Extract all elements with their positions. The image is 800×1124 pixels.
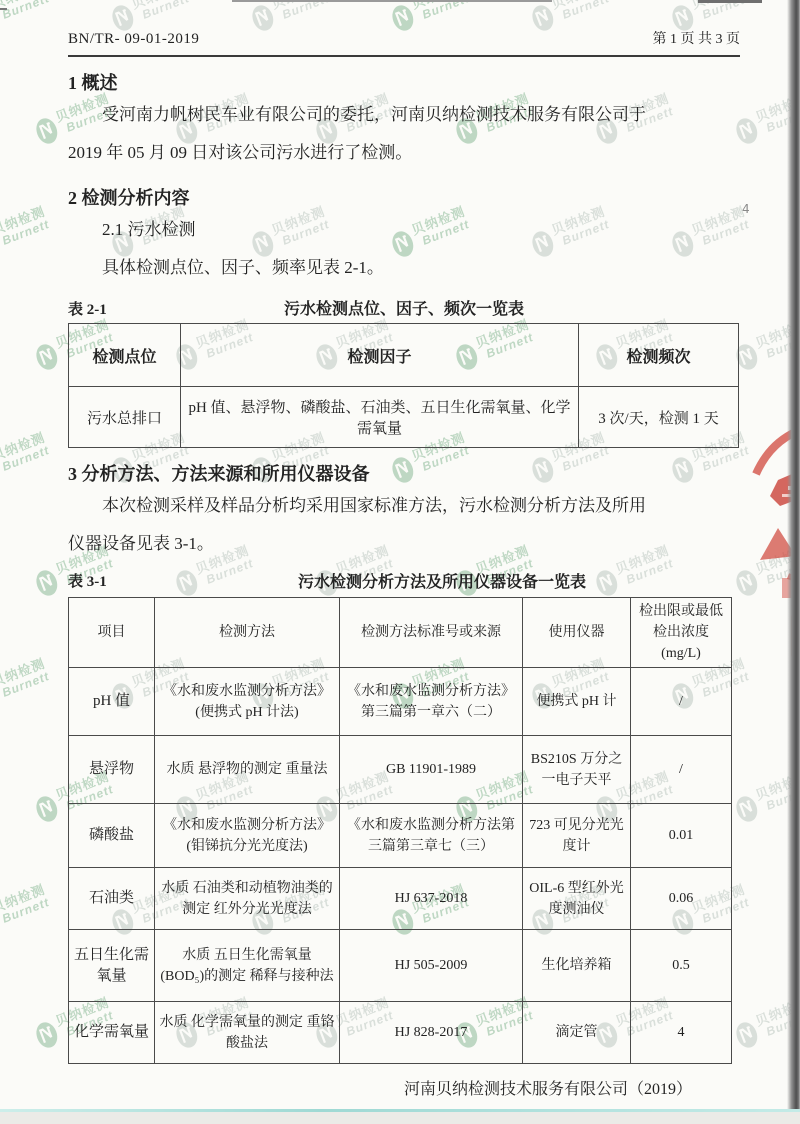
watermark-en-text: Burnett bbox=[0, 218, 51, 247]
t3-cell-method: 水质 五日生化需氧量 (BOD₅)的测定 稀释与接种法 bbox=[155, 930, 340, 1002]
t3-header-item: 项目 bbox=[69, 598, 155, 668]
t3-cell-item: 五日生化需氧量 bbox=[69, 930, 155, 1002]
burnett-logo-icon bbox=[32, 341, 61, 374]
t2-header-point: 检测点位 bbox=[69, 324, 181, 387]
t3-cell-instrument: 便携式 pH 计 bbox=[523, 668, 631, 736]
watermark-cn-text: 贝纳检测 bbox=[0, 205, 47, 237]
t3-cell-standard: 《水和废水监测分析方法第三篇第三章七（三） bbox=[340, 804, 523, 868]
brand-watermark: 贝纳检测Burnett bbox=[0, 205, 53, 261]
section3-paragraph-line2: 仪器设备见表 3-1。 bbox=[68, 525, 740, 563]
t3-cell-method: 《水和废水监测分析方法》 (便携式 pH 计法) bbox=[155, 668, 340, 736]
scan-edge-top bbox=[698, 0, 762, 3]
table-2-1: 检测点位 检测因子 检测频次 污水总排口 pH 值、悬浮物、磷酸盐、石油类、五日… bbox=[68, 323, 739, 448]
table3-1-title: 污水检测分析方法及所用仪器设备一览表 bbox=[188, 572, 731, 593]
table-row: 五日生化需氧量 水质 五日生化需氧量 (BOD₅)的测定 稀释与接种法 HJ 5… bbox=[69, 930, 732, 1002]
t3-cell-limit: / bbox=[631, 668, 732, 736]
section3-paragraph-line1: 本次检测采样及样品分析均采用国家标准方法，污水检测分析方法及所用 bbox=[68, 487, 740, 525]
t2-header-factor: 检测因子 bbox=[181, 324, 579, 387]
watermark-en-text: Burnett bbox=[0, 670, 51, 699]
table2-1-caption: 表 2-1 污水检测点位、因子、频次一览表 bbox=[68, 296, 740, 319]
table-row: 检测点位 检测因子 检测频次 bbox=[69, 324, 739, 387]
burnett-logo-icon bbox=[32, 115, 61, 148]
t3-header-standard: 检测方法标准号或来源 bbox=[340, 598, 523, 668]
scan-edge-bottom bbox=[0, 1112, 800, 1124]
scan-edge-top bbox=[232, 0, 552, 2]
t3-cell-item: 悬浮物 bbox=[69, 736, 155, 804]
t3-cell-standard: HJ 505-2009 bbox=[340, 930, 523, 1002]
t2-cell-frequency: 3 次/天，检测 1 天 bbox=[579, 387, 739, 448]
table-row: 磷酸盐 《水和废水监测分析方法》 (钼锑抗分光光度法) 《水和废水监测分析方法第… bbox=[69, 804, 732, 868]
t3-cell-method: 《水和废水监测分析方法》 (钼锑抗分光光度法) bbox=[155, 804, 340, 868]
table3-1-caption: 表 3-1 污水检测分析方法及所用仪器设备一览表 bbox=[68, 572, 731, 593]
watermark-en-text: Burnett bbox=[140, 0, 191, 21]
watermark-en-text: Burnett bbox=[0, 444, 51, 473]
watermark-cn-text: 贝纳检测 bbox=[0, 431, 47, 463]
burnett-logo-icon bbox=[32, 1019, 61, 1052]
section2-subheading: 2.1 污水检测 bbox=[68, 211, 740, 249]
section2-heading: 2 检测分析内容 bbox=[68, 185, 740, 211]
t3-cell-item: 磷酸盐 bbox=[69, 804, 155, 868]
scan-edge-left-tick bbox=[0, 8, 7, 10]
t3-cell-method: 水质 石油类和动植物油类的测定 红外分光光度法 bbox=[155, 868, 340, 930]
t3-cell-instrument: OIL-6 型红外光度测油仪 bbox=[523, 868, 631, 930]
table-3-1: 项目 检测方法 检测方法标准号或来源 使用仪器 检出限或最低 检出浓度 (mg/… bbox=[68, 597, 732, 1064]
scan-edge-right bbox=[787, 0, 800, 1124]
watermark-en-text: Burnett bbox=[280, 0, 331, 21]
t3-cell-limit: 0.5 bbox=[631, 930, 732, 1002]
t3-cell-method: 水质 悬浮物的测定 重量法 bbox=[155, 736, 340, 804]
t3-header-method: 检测方法 bbox=[155, 598, 340, 668]
t3-cell-method: 水质 化学需氧量的测定 重铬酸盐法 bbox=[155, 1002, 340, 1064]
section1-paragraph-line1: 受河南力帆树民车业有限公司的委托，河南贝纳检测技术服务有限公司于 bbox=[68, 96, 740, 134]
table2-1-title: 污水检测点位、因子、频次一览表 bbox=[188, 296, 620, 319]
section1-heading: 1 概述 bbox=[68, 70, 740, 96]
table3-1-label: 表 3-1 bbox=[68, 572, 188, 593]
watermark-en-text: Burnett bbox=[700, 0, 751, 21]
brand-watermark: 贝纳检测Burnett bbox=[0, 883, 53, 939]
t3-cell-limit: / bbox=[631, 736, 732, 804]
page-number: 第 1 页 共 3 页 bbox=[653, 28, 741, 48]
t3-cell-instrument: 生化培养箱 bbox=[523, 930, 631, 1002]
report-code: BN/TR- 09-01-2019 bbox=[68, 31, 199, 48]
t3-cell-standard: GB 11901-1989 bbox=[340, 736, 523, 804]
report-page: 贝纳检测Burnett贝纳检测Burnett贝纳检测Burnett贝纳检测Bur… bbox=[0, 0, 800, 1124]
watermark-en-text: Burnett bbox=[420, 0, 471, 21]
t3-cell-limit: 4 bbox=[631, 1002, 732, 1064]
document-header: BN/TR- 09-01-2019 第 1 页 共 3 页 bbox=[68, 28, 740, 57]
table-row: 项目 检测方法 检测方法标准号或来源 使用仪器 检出限或最低 检出浓度 (mg/… bbox=[69, 598, 732, 668]
table2-1-label: 表 2-1 bbox=[68, 298, 188, 319]
t2-cell-factor: pH 值、悬浮物、磷酸盐、石油类、五日生化需氧量、化学需氧量 bbox=[181, 387, 579, 448]
t3-cell-standard: HJ 637-2018 bbox=[340, 868, 523, 930]
t3-header-instrument: 使用仪器 bbox=[523, 598, 631, 668]
burnett-logo-icon bbox=[32, 793, 61, 826]
brand-watermark: 贝纳检测Burnett bbox=[0, 657, 53, 713]
t3-cell-item: 石油类 bbox=[69, 868, 155, 930]
watermark-en-text: Burnett bbox=[0, 0, 51, 21]
table-row: 化学需氧量 水质 化学需氧量的测定 重铬酸盐法 HJ 828-2017 滴定管 … bbox=[69, 1002, 732, 1064]
watermark-cn-text: 贝纳检测 bbox=[130, 0, 187, 11]
t3-cell-item: pH 值 bbox=[69, 668, 155, 736]
footer-company-line: 河南贝纳检测技术服务有限公司（2019） bbox=[68, 1076, 740, 1099]
watermark-cn-text: 贝纳检测 bbox=[0, 0, 47, 11]
t3-cell-instrument: 723 可见分光光度计 bbox=[523, 804, 631, 868]
t3-header-limit: 检出限或最低 检出浓度 (mg/L) bbox=[631, 598, 732, 668]
watermark-en-text: Burnett bbox=[560, 0, 611, 21]
page-content: BN/TR- 09-01-2019 第 1 页 共 3 页 1 概述 受河南力帆… bbox=[68, 28, 740, 1099]
table-row: 污水总排口 pH 值、悬浮物、磷酸盐、石油类、五日生化需氧量、化学需氧量 3 次… bbox=[69, 387, 739, 448]
section2-paragraph: 具体检测点位、因子、频率见表 2-1。 bbox=[68, 249, 740, 287]
burnett-logo-icon bbox=[32, 567, 61, 600]
section1-paragraph-line2: 2019 年 05 月 09 日对该公司污水进行了检测。 bbox=[68, 134, 740, 172]
t3-cell-standard: 《水和废水监测分析方法》 第三篇第一章六（二） bbox=[340, 668, 523, 736]
t3-cell-limit: 0.01 bbox=[631, 804, 732, 868]
brand-watermark: 贝纳检测Burnett bbox=[0, 0, 53, 34]
brand-watermark: 贝纳检测Burnett bbox=[0, 431, 53, 487]
watermark-cn-text: 贝纳检测 bbox=[0, 657, 47, 689]
watermark-en-text: Burnett bbox=[0, 896, 51, 925]
t3-cell-instrument: 滴定管 bbox=[523, 1002, 631, 1064]
watermark-cn-text: 贝纳检测 bbox=[0, 883, 47, 915]
table-row: 石油类 水质 石油类和动植物油类的测定 红外分光光度法 HJ 637-2018 … bbox=[69, 868, 732, 930]
table-row: pH 值 《水和废水监测分析方法》 (便携式 pH 计法) 《水和废水监测分析方… bbox=[69, 668, 732, 736]
watermark-cn-text: 贝纳检测 bbox=[550, 0, 607, 11]
t2-cell-point: 污水总排口 bbox=[69, 387, 181, 448]
t3-cell-item: 化学需氧量 bbox=[69, 1002, 155, 1064]
table-row: 悬浮物 水质 悬浮物的测定 重量法 GB 11901-1989 BS210S 万… bbox=[69, 736, 732, 804]
t3-cell-standard: HJ 828-2017 bbox=[340, 1002, 523, 1064]
margin-pencil-mark: 4 bbox=[742, 202, 750, 216]
section3-heading: 3 分析方法、方法来源和所用仪器设备 bbox=[68, 461, 740, 487]
t3-cell-limit: 0.06 bbox=[631, 868, 732, 930]
t2-header-frequency: 检测频次 bbox=[579, 324, 739, 387]
t3-cell-instrument: BS210S 万分之一电子天平 bbox=[523, 736, 631, 804]
